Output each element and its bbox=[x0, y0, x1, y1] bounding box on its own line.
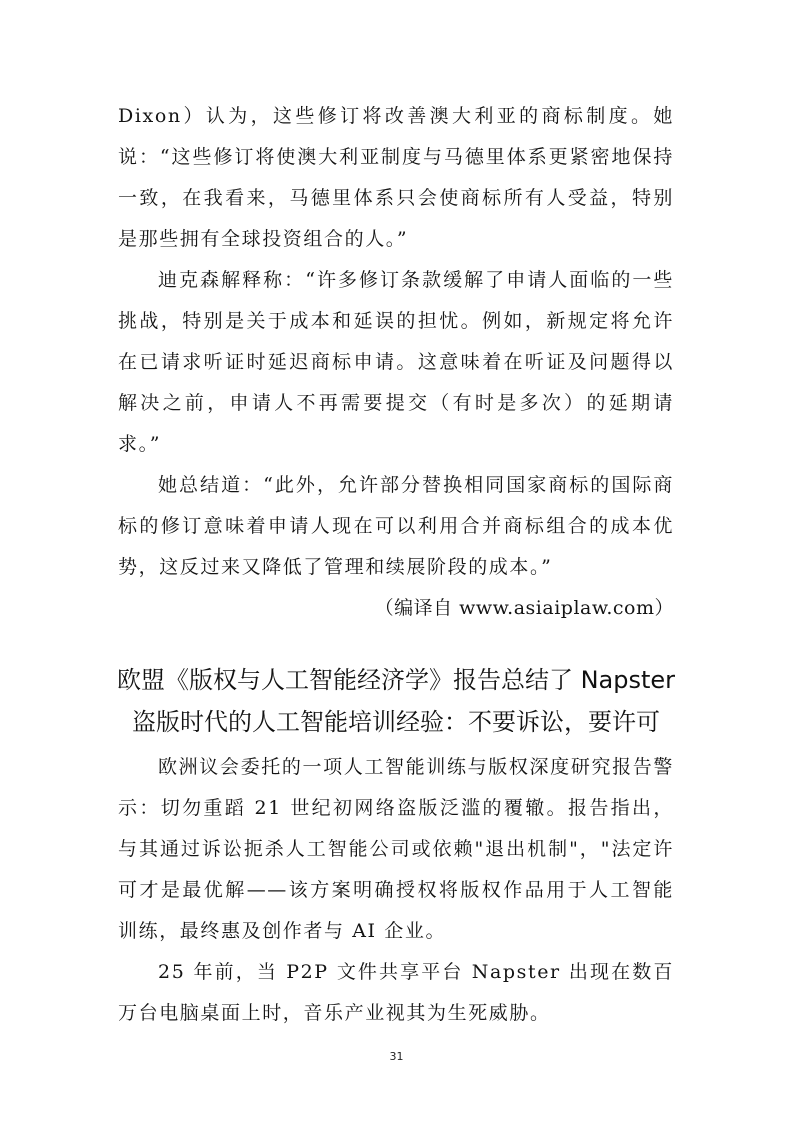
article-title-line-2: 盗版时代的人工智能培训经验：不要诉讼，要许可 bbox=[132, 708, 660, 736]
article-paragraph-1: 欧洲议会委托的一项人工智能训练与版权深度研究报告警示：切勿重蹈 21 世纪初网络… bbox=[118, 747, 674, 952]
article-paragraph-2: 25 年前，当 P2P 文件共享平台 Napster 出现在数百万台电脑桌面上时… bbox=[118, 952, 674, 1034]
body-paragraph-continued: Dixon）认为，这些修订将改善澳大利亚的商标制度。她说：“这些修订将使澳大利亚… bbox=[118, 96, 674, 260]
document-page: Dixon）认为，这些修订将改善澳大利亚的商标制度。她说：“这些修订将使澳大利亚… bbox=[118, 96, 674, 1034]
source-note: （编译自 www.asiaiplaw.com） bbox=[118, 588, 674, 629]
article-title-line-1: 欧盟《版权与人工智能经济学》报告总结了 Napster bbox=[117, 666, 675, 694]
body-paragraph-dixon-conclusion: 她总结道：“此外，允许部分替换相同国家商标的国际商标的修订意味着申请人现在可以利… bbox=[118, 465, 674, 588]
page-number: 31 bbox=[0, 1050, 793, 1063]
body-paragraph-dixon-explanation: 迪克森解释称：“许多修订条款缓解了申请人面临的一些挑战，特别是关于成本和延误的担… bbox=[118, 260, 674, 465]
article-title: 欧盟《版权与人工智能经济学》报告总结了 Napster 盗版时代的人工智能培训经… bbox=[112, 659, 680, 743]
